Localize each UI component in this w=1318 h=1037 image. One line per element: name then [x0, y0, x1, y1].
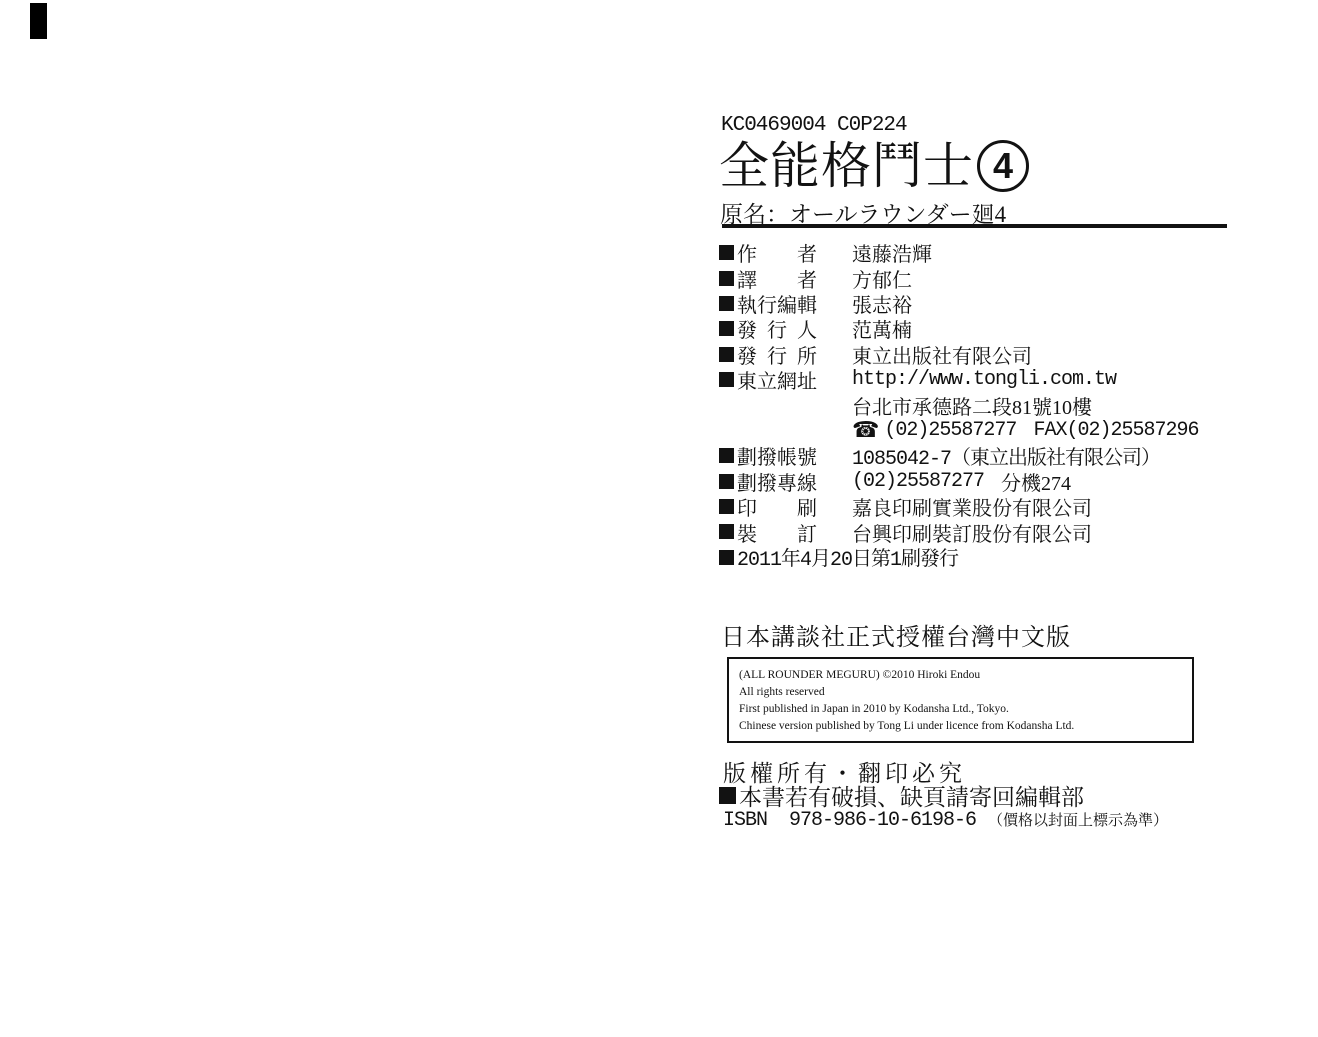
credit-row: 2011年4月20日第1刷發行 [719, 545, 1198, 570]
credit-row: 譯者方郁仁 [719, 265, 1198, 290]
bullet-box [719, 271, 737, 286]
bullet-square-icon [719, 787, 736, 804]
circled-volume-number-icon: 4 [977, 140, 1029, 192]
credit-label-char: 網 [777, 365, 797, 394]
isbn-line: ISBN 978-986-10-6198-6 （價格以封面上標示為準） [723, 809, 1168, 832]
bullet-box [719, 499, 737, 514]
bullet-box [719, 524, 737, 539]
credit-label: 東立網址 [737, 365, 817, 394]
colophon-page: KC0469004 C0P224 全能格鬥士 4 原名：オールラウンダー廻4 作… [0, 0, 1318, 1037]
credit-value: (02)25587277 [852, 470, 984, 493]
bullet-square-icon [719, 524, 734, 539]
license-box: (ALL ROUNDER MEGURU) ©2010 Hiroki EndouA… [727, 657, 1194, 743]
credit-row: 裝訂台興印刷裝訂股份有限公司 [719, 519, 1198, 544]
bullet-box [719, 474, 737, 489]
credit-value: 台北市承德路二段81號10樓 [852, 391, 1092, 420]
bullet-square-icon [719, 499, 734, 514]
book-title: 全能格鬥士 4 [719, 138, 1029, 194]
isbn-number: ISBN 978-986-10-6198-6 [723, 809, 976, 832]
credit-label-char: 立 [757, 365, 777, 394]
damage-return-notice-text: 本書若有破損、缺頁請寄回編輯部 [739, 779, 1084, 812]
credit-value-secondary: FAX(02)25587296 [1033, 419, 1198, 442]
product-code: KC0469004 C0P224 [721, 114, 907, 137]
credit-row: 台北市承德路二段81號10樓 [719, 392, 1198, 417]
credit-row: ☎(02)25587277FAX(02)25587296 [719, 418, 1198, 443]
credit-label-char: 東 [737, 365, 757, 394]
bullet-square-icon [719, 296, 734, 311]
bullet-square-icon [719, 550, 734, 565]
credit-row: 劃撥專線(02)25587277分機274 [719, 469, 1198, 494]
license-heading: 日本講談社正式授權台灣中文版 [721, 617, 1071, 652]
bullet-square-icon [719, 347, 734, 362]
bullet-box [719, 245, 737, 260]
bullet-square-icon [719, 448, 734, 463]
bullet-box [719, 550, 737, 565]
credit-row: 劃撥帳號1085042-7（東立出版社有限公司） [719, 443, 1198, 468]
credit-row: 執行編輯張志裕 [719, 291, 1198, 316]
volume-number: 4 [993, 148, 1013, 184]
scan-edge-mark [30, 3, 47, 39]
license-line: All rights reserved [739, 684, 1184, 701]
bullet-square-icon [719, 245, 734, 260]
bullet-square-icon [719, 474, 734, 489]
license-line: (ALL ROUNDER MEGURU) ©2010 Hiroki Endou [739, 667, 1184, 684]
bullet-square-icon [719, 321, 734, 336]
license-line: First published in Japan in 2010 by Koda… [739, 701, 1184, 718]
bullet-box [719, 448, 737, 463]
credit-value: http://www.tongli.com.tw [852, 368, 1116, 391]
credit-row: 印刷嘉良印刷實業股份有限公司 [719, 494, 1198, 519]
credit-row: 東立網址http://www.tongli.com.tw [719, 367, 1198, 392]
damage-return-notice: 本書若有破損、缺頁請寄回編輯部 [719, 781, 1084, 809]
title-divider-rule [722, 224, 1227, 228]
book-title-text: 全能格鬥士 [719, 141, 974, 191]
bullet-box [719, 372, 737, 387]
credit-value: 2011年4月20日第1刷發行 [737, 542, 958, 572]
credit-value: 東立出版社有限公司 [852, 340, 1032, 369]
credit-row: 發行人范萬楠 [719, 316, 1198, 341]
credit-value: (02)25587277 [884, 419, 1016, 442]
bullet-box [719, 296, 737, 311]
bullet-square-icon [719, 372, 734, 387]
credit-row: 發行所東立出版社有限公司 [719, 342, 1198, 367]
credits-list: 作者遠藤浩輝譯者方郁仁執行編輯張志裕發行人范萬楠發行所東立出版社有限公司東立網址… [719, 240, 1198, 570]
phone-icon: ☎ [852, 418, 879, 443]
license-line: Chinese version published by Tong Li und… [739, 718, 1184, 735]
bullet-square-icon [719, 271, 734, 286]
bullet-box [719, 347, 737, 362]
credit-label-char: 址 [797, 365, 817, 394]
credit-row: 作者遠藤浩輝 [719, 240, 1198, 265]
isbn-price-note: （價格以封面上標示為準） [988, 809, 1168, 832]
bullet-box [719, 321, 737, 336]
